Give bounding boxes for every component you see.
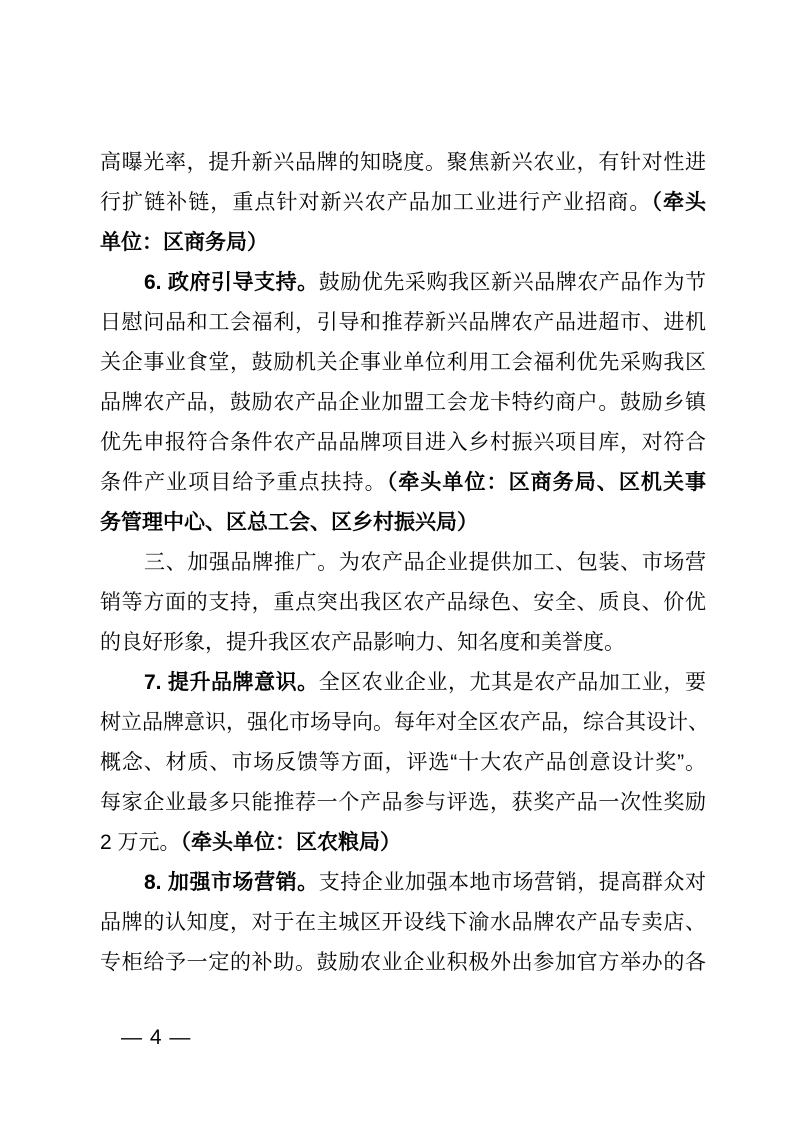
text-line: 树立品牌意识，强化市场导向。每年对全区农产品，综合其设计、 [100, 703, 706, 743]
bold-text-segment: 单位：区商务局） [100, 231, 268, 254]
bold-text-segment: 7. 提升品牌意识。 [144, 671, 319, 694]
text-line: 销等方面的支持，重点突出我区农产品绿色、安全、质良、价优 [100, 583, 706, 623]
text-segment: 品牌的认知度，对于在主城区开设线下渝水品牌农产品专卖店、 [100, 911, 706, 934]
text-line: 行扩链补链，重点针对新兴农产品加工业进行产业招商。（牵头 [100, 183, 706, 223]
text-segment: 行扩链补链，重点针对新兴农产品加工业进行产业招商。 [100, 191, 651, 214]
text-segment: 优先申报符合条件农产品品牌项目进入乡村振兴项目库，对符合 [100, 431, 706, 454]
text-segment: 条件产业项目给予重点扶持。 [100, 471, 387, 494]
bold-text-segment: 8. 加强市场营销。 [144, 871, 319, 894]
bold-text-segment: 务管理中心、区总工会、区乡村振兴局） [100, 511, 478, 534]
text-line: 高曝光率，提升新兴品牌的知晓度。聚焦新兴农业，有针对性进 [100, 143, 706, 183]
text-line: 概念、材质、市场反馈等方面，评选“十大农产品创意设计奖”。 [100, 743, 706, 783]
text-line: 品牌农产品，鼓励农产品企业加盟工会龙卡特约商户。鼓励乡镇 [100, 383, 706, 423]
text-segment: 支持企业加强本地市场营销，提高群众对 [319, 871, 706, 894]
text-line: 优先申报符合条件农产品品牌项目进入乡村振兴项目库，对符合 [100, 423, 706, 463]
text-line: 务管理中心、区总工会、区乡村振兴局） [100, 503, 706, 543]
text-segment: 2 万元。 [100, 831, 181, 854]
text-line: 三、加强品牌推广。为农产品企业提供加工、包装、市场营 [100, 543, 706, 583]
text-segment: 树立品牌意识，强化市场导向。每年对全区农产品，综合其设计、 [100, 711, 709, 734]
text-segment: 的良好形象，提升我区农产品影响力、知名度和美誉度。 [100, 631, 625, 654]
page-number: — 4 — [121, 1026, 191, 1050]
text-line: 每家企业最多只能推荐一个产品参与评选，获奖产品一次性奖励 [100, 783, 706, 823]
text-segment: 三、加强品牌推广。为农产品企业提供加工、包装、市场营 [144, 551, 706, 574]
text-line: 单位：区商务局） [100, 223, 706, 263]
text-line: 的良好形象，提升我区农产品影响力、知名度和美誉度。 [100, 623, 706, 663]
text-segment: 高曝光率，提升新兴品牌的知晓度。聚焦新兴农业，有针对性进 [100, 151, 706, 174]
text-line: 条件产业项目给予重点扶持。（牵头单位：区商务局、区机关事 [100, 463, 706, 503]
text-line: 专柜给予一定的补助。鼓励农业企业积极外出参加官方举办的各 [100, 943, 706, 983]
text-segment: 销等方面的支持，重点突出我区农产品绿色、安全、质良、价优 [100, 591, 706, 614]
text-segment: 鼓励优先采购我区新兴品牌农产品作为节 [319, 271, 706, 294]
text-segment: 日慰问品和工会福利，引导和推荐新兴品牌农产品进超市、进机 [100, 311, 706, 334]
document-page: 高曝光率，提升新兴品牌的知晓度。聚焦新兴农业，有针对性进行扩链补链，重点针对新兴… [0, 0, 793, 1122]
text-segment: 专柜给予一定的补助。鼓励农业企业积极外出参加官方举办的各 [100, 951, 706, 974]
bold-text-segment: （牵头 [651, 191, 706, 214]
text-segment: 品牌农产品，鼓励农产品企业加盟工会龙卡特约商户。鼓励乡镇 [100, 391, 706, 414]
text-line: 8. 加强市场营销。支持企业加强本地市场营销，提高群众对 [100, 863, 706, 903]
text-line: 关企事业食堂，鼓励机关企事业单位利用工会福利优先采购我区 [100, 343, 706, 383]
text-segment: 每家企业最多只能推荐一个产品参与评选，获奖产品一次性奖励 [100, 791, 706, 814]
text-segment: 概念、材质、市场反馈等方面，评选“十大农产品创意设计奖”。 [100, 751, 706, 774]
text-line: 日慰问品和工会福利，引导和推荐新兴品牌农产品进超市、进机 [100, 303, 706, 343]
text-segment: 关企事业食堂，鼓励机关企事业单位利用工会福利优先采购我区 [100, 351, 706, 374]
text-line: 品牌的认知度，对于在主城区开设线下渝水品牌农产品专卖店、 [100, 903, 706, 943]
document-body: 高曝光率，提升新兴品牌的知晓度。聚焦新兴农业，有针对性进行扩链补链，重点针对新兴… [100, 143, 706, 983]
text-segment: 全区农业企业，尤其是农产品加工业，要 [319, 671, 706, 694]
text-line: 2 万元。（牵头单位：区农粮局） [100, 823, 706, 863]
bold-text-segment: （牵头单位：区商务局、区机关事 [387, 471, 706, 494]
bold-text-segment: 6. 政府引导支持。 [144, 271, 319, 294]
bold-text-segment: （牵头单位：区农粮局） [181, 831, 402, 854]
text-line: 6. 政府引导支持。鼓励优先采购我区新兴品牌农产品作为节 [100, 263, 706, 303]
text-line: 7. 提升品牌意识。全区农业企业，尤其是农产品加工业，要 [100, 663, 706, 703]
